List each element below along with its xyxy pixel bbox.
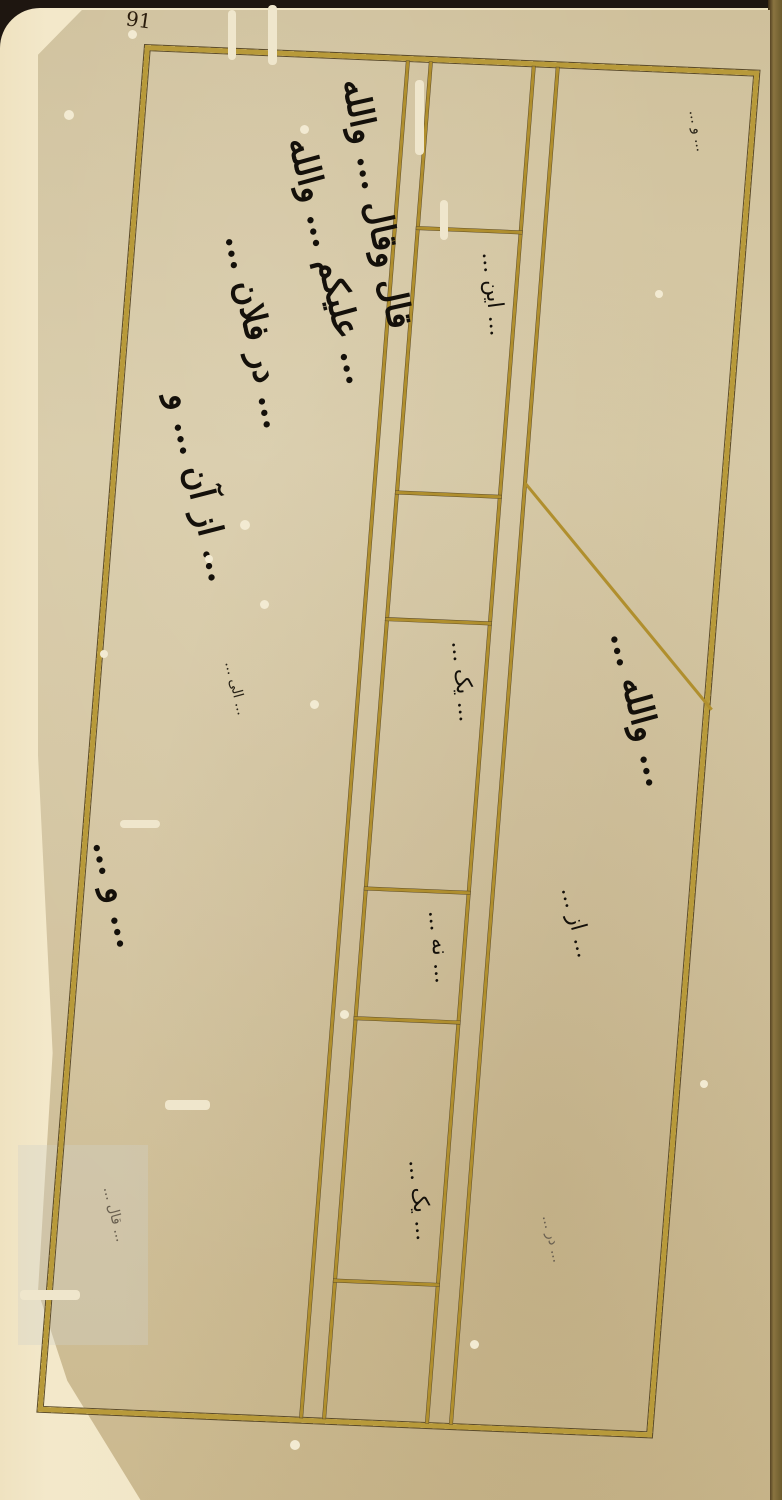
wax-drop	[655, 290, 663, 298]
wax-drip	[440, 200, 448, 240]
ruled-frame: قال وقال ... والله ... علیکم ... والله .…	[37, 45, 759, 1437]
wax-drop	[340, 1010, 349, 1019]
book-spine	[768, 0, 782, 1500]
wax-drop	[64, 110, 74, 120]
wax-drip	[228, 10, 236, 60]
wax-drip	[268, 5, 277, 65]
wax-drop	[290, 1440, 300, 1450]
wax-drop	[470, 1340, 479, 1349]
wax-drop	[205, 555, 213, 563]
wax-drop	[300, 125, 309, 134]
wax-drip	[20, 1290, 80, 1300]
wax-drop	[128, 30, 137, 39]
wax-drop	[700, 1080, 708, 1088]
wax-drip	[165, 1100, 210, 1110]
page-number: 91	[124, 6, 153, 33]
wax-drop	[310, 700, 319, 709]
wax-drip	[415, 80, 424, 155]
wax-drop	[260, 600, 269, 609]
wax-drop	[100, 650, 108, 658]
wax-drip	[120, 820, 160, 828]
wax-drop	[240, 520, 250, 530]
